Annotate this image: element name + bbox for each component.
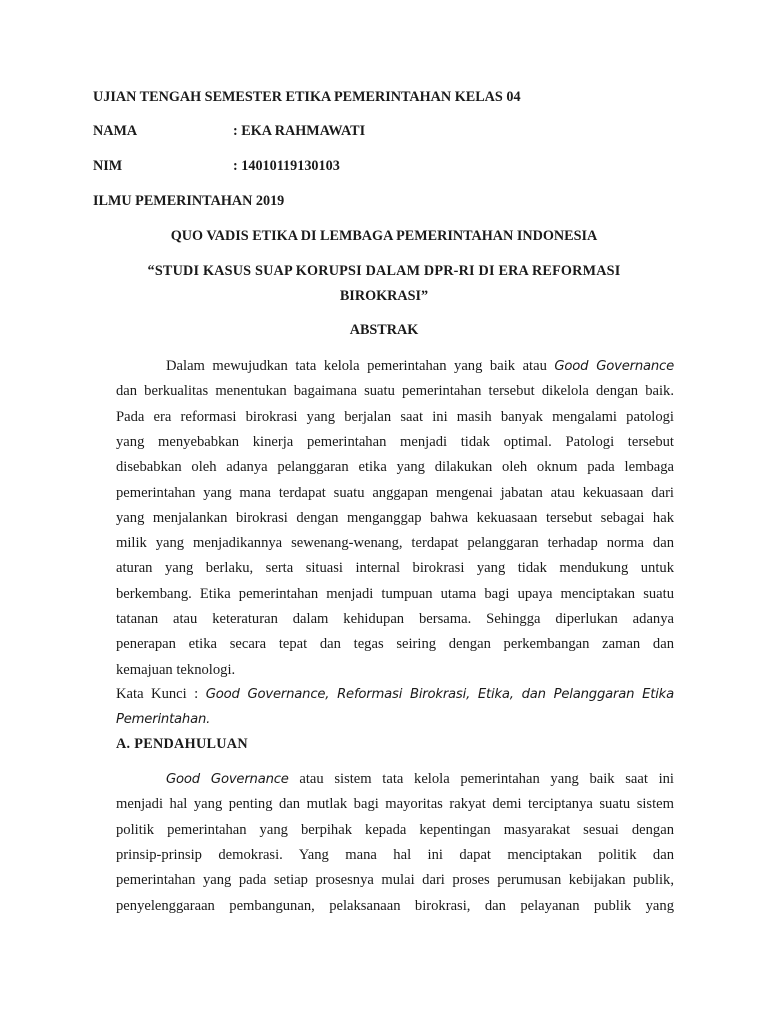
document-page: UJIAN TENGAH SEMESTER ETIKA PEMERINTAHAN… [0,0,768,1024]
text-run: milik yang menjadikannya sewenang-wenang… [116,535,674,551]
keywords-label: Kata Kunci : [116,686,206,702]
keywords-list: Good Governance, Reformasi Birokrasi, Et… [206,687,674,702]
paragraph-line: tatanan atau keteraturan dalam kehidupan… [116,610,674,628]
text-run: penerapan etika secara tepat dan tegas s… [116,636,674,652]
exam-title: UJIAN TENGAH SEMESTER ETIKA PEMERINTAHAN… [93,88,521,106]
paragraph-line: berkembang. Etika pemerintahan menjadi t… [116,585,674,603]
paragraph-line: prinsip-prinsip demokrasi. Yang mana hal… [116,846,674,864]
text-run: Dalam mewujudkan tata kelola pemerintaha… [166,358,554,374]
paragraph-line: menjadi hal yang penting dan mutlak bagi… [116,795,674,813]
paragraph-line: politik pemerintahan yang berpihak kepad… [116,821,674,839]
text-run: atau sistem tata kelola pemerintahan yan… [289,771,674,787]
text-run: Pada era reformasi birokrasi yang berjal… [116,409,674,425]
paragraph-line: Pada era reformasi birokrasi yang berjal… [116,408,674,426]
paragraph-line: dan berkualitas menentukan bagaimana sua… [116,382,674,400]
text-run: tatanan atau keteraturan dalam kehidupan… [116,611,674,627]
paragraph-line: yang menjalankan birokrasi dengan mengan… [116,509,674,527]
text-run: kemajuan teknologi. [116,662,235,678]
text-run: aturan yang berlaku, serta situasi inter… [116,560,674,576]
paragraph-line: pemerintahan yang pada setiap prosesnya … [116,871,674,889]
paragraph-line: aturan yang berlaku, serta situasi inter… [116,559,674,577]
section-heading-pendahuluan: A. PENDAHULUAN [116,735,248,753]
document-subtitle-line-1: “STUDI KASUS SUAP KORUPSI DALAM DPR-RI D… [0,262,768,280]
keywords-line-2: Pemerintahan. [116,710,674,729]
text-run: politik pemerintahan yang berpihak kepad… [116,822,674,838]
nim-value: : 14010119130103 [233,158,340,174]
abstract-heading: ABSTRAK [0,321,768,339]
text-run: berkembang. Etika pemerintahan menjadi t… [116,586,674,602]
paragraph-line: yang menyebabkan kinerja pemerintahan me… [116,433,674,451]
paragraph-line: penerapan etika secara tepat dan tegas s… [116,635,674,653]
text-run: disebabkan oleh adanya pelanggaran etika… [116,459,674,475]
keywords-line-1: Kata Kunci : Good Governance, Reformasi … [116,685,674,704]
emphasis-text: Good Governance [554,359,674,374]
paragraph-line: disebabkan oleh adanya pelanggaran etika… [116,458,674,476]
text-run: yang menjalankan birokrasi dengan mengan… [116,510,674,526]
paragraph-line: Good Governance atau sistem tata kelola … [166,770,674,789]
paragraph-line: Dalam mewujudkan tata kelola pemerintaha… [166,357,674,376]
text-run: prinsip-prinsip demokrasi. Yang mana hal… [116,847,674,863]
paragraph-line: pemerintahan yang mana terdapat suatu an… [116,484,674,502]
nim-label: NIM [93,157,233,175]
document-title: QUO VADIS ETIKA DI LEMBAGA PEMERINTAHAN … [0,227,768,245]
paragraph-line: kemajuan teknologi. [116,661,674,679]
text-run: pemerintahan yang pada setiap prosesnya … [116,872,674,888]
name-label: NAMA [93,122,233,140]
text-run: menjadi hal yang penting dan mutlak bagi… [116,796,674,812]
emphasis-text: Good Governance [166,772,289,787]
paragraph-line: milik yang menjadikannya sewenang-wenang… [116,534,674,552]
text-run: penyelenggaraan pembangunan, pelaksanaan… [116,898,674,914]
program-line: ILMU PEMERINTAHAN 2019 [93,192,284,210]
text-run: dan berkualitas menentukan bagaimana sua… [116,383,674,399]
paragraph-line: penyelenggaraan pembangunan, pelaksanaan… [116,897,674,915]
nim-row: NIM: 14010119130103 [93,157,340,175]
document-subtitle-line-2: BIROKRASI” [0,287,768,305]
name-value: : EKA RAHMAWATI [233,123,365,139]
name-row: NAMA: EKA RAHMAWATI [93,122,365,140]
text-run: pemerintahan yang mana terdapat suatu an… [116,485,674,501]
text-run: yang menyebabkan kinerja pemerintahan me… [116,434,674,450]
keywords-list-continued: Pemerintahan. [116,712,210,727]
